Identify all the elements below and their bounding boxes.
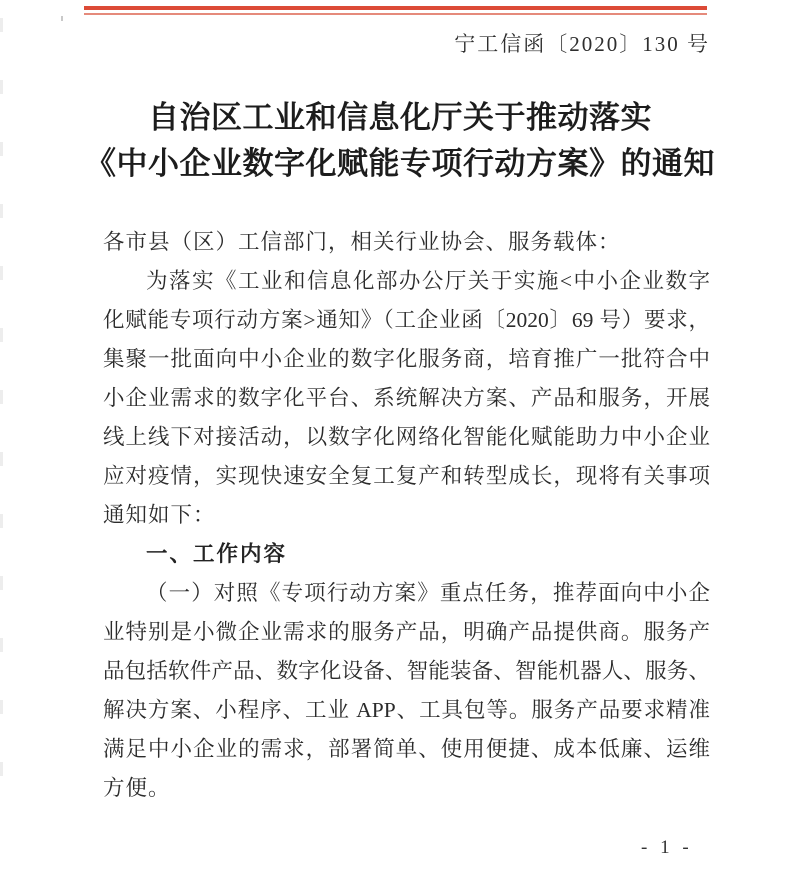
body-line: 化赋能专项行动方案>通知》（工企业函〔2020〕69 号）要求， <box>103 301 710 340</box>
scan-artifact-speck <box>61 16 63 21</box>
title-line-2: 《中小企业数字化赋能专项行动方案》的通知 <box>0 141 800 187</box>
document-title: 自治区工业和信息化厅关于推动落实 《中小企业数字化赋能专项行动方案》的通知 <box>0 95 800 187</box>
document-body: 各市县（区）工信部门，相关行业协会、服务载体： 为落实《工业和信息化部办公厅关于… <box>103 223 710 808</box>
body-line: 应对疫情，实现快速安全复工复产和转型成长，现将有关事项 <box>103 457 710 496</box>
letterhead-rule-thin <box>84 13 707 15</box>
body-line: 线上线下对接活动，以数字化网络化智能化赋能助力中小企业 <box>103 418 710 457</box>
body-line: 业特别是小微企业需求的服务产品，明确产品提供商。服务产 <box>103 613 710 652</box>
title-line-1: 自治区工业和信息化厅关于推动落实 <box>0 95 800 141</box>
body-line: （一）对照《专项行动方案》重点任务，推荐面向中小企 <box>103 574 710 613</box>
body-line: 解决方案、小程序、工业 APP、工具包等。服务产品要求精准 <box>103 691 710 730</box>
page-number: - 1 - <box>641 837 693 859</box>
body-line: 集聚一批面向中小企业的数字化服务商，培育推广一批符合中 <box>103 340 710 379</box>
body-line: 小企业需求的数字化平台、系统解决方案、产品和服务，开展 <box>103 379 710 418</box>
body-line: 方便。 <box>103 769 710 808</box>
body-line: 通知如下： <box>103 496 710 535</box>
letterhead-rule-thick <box>84 6 707 10</box>
document-page: 宁工信函〔2020〕130 号 自治区工业和信息化厅关于推动落实 《中小企业数字… <box>0 0 800 877</box>
salutation-line: 各市县（区）工信部门，相关行业协会、服务载体： <box>103 223 710 262</box>
document-number: 宁工信函〔2020〕130 号 <box>454 28 710 58</box>
body-line: 为落实《工业和信息化部办公厅关于实施<中小企业数字 <box>103 262 710 301</box>
body-line: 满足中小企业的需求，部署简单、使用便捷、成本低廉、运维 <box>103 730 710 769</box>
body-line: 品包括软件产品、数字化设备、智能装备、智能机器人、服务、 <box>103 652 710 691</box>
section-heading: 一、工作内容 <box>103 535 710 574</box>
